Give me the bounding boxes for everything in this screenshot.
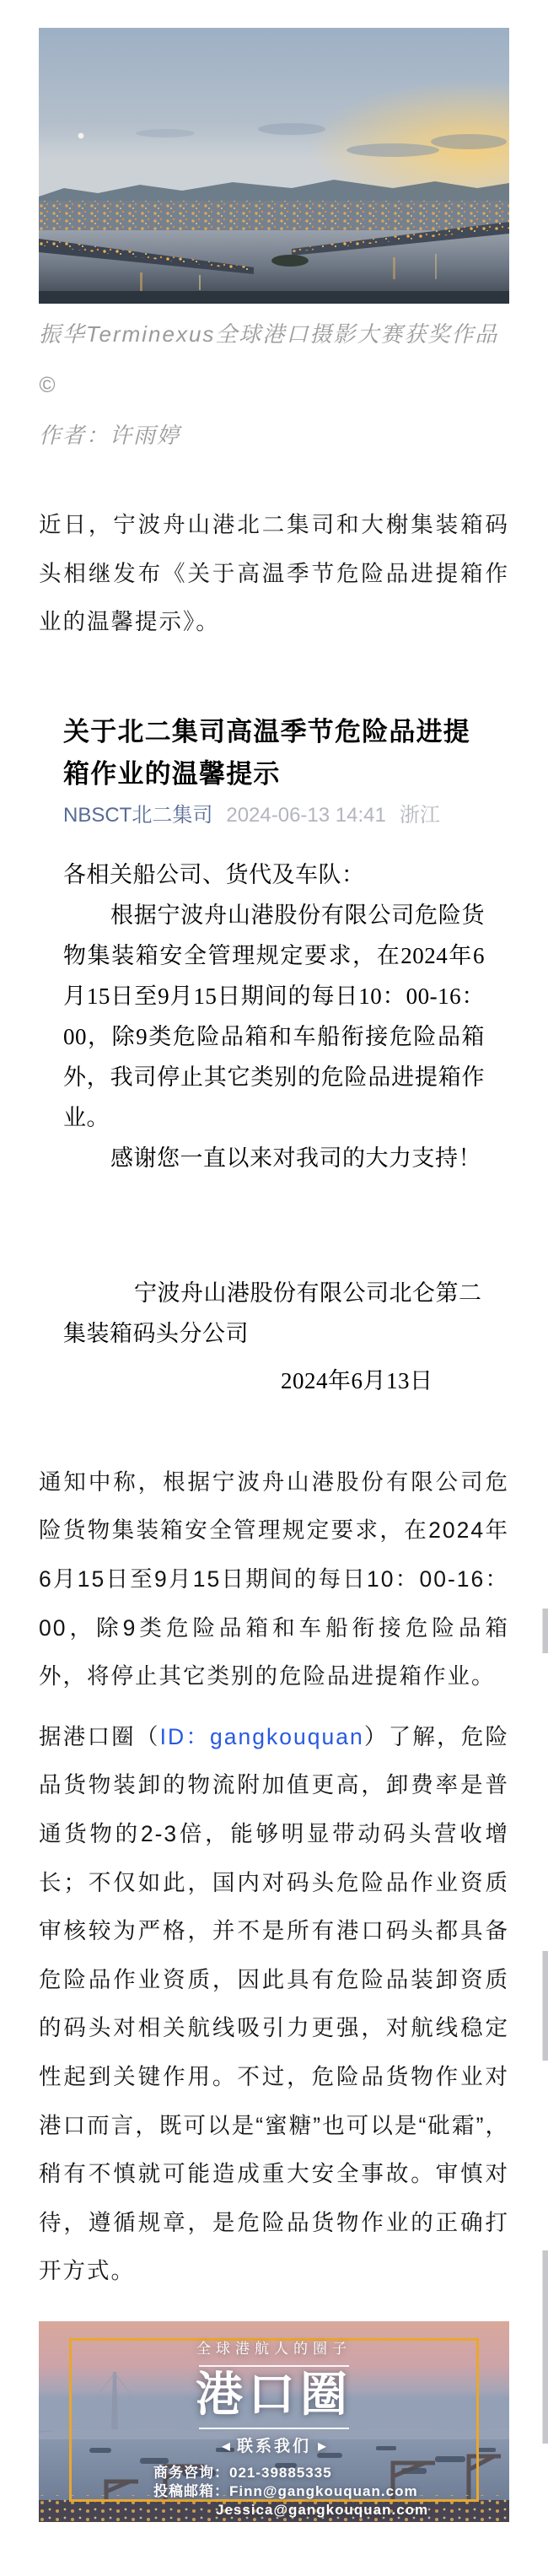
footer-email-2: Jessica@gangkouquan.com [153, 2501, 428, 2519]
footer-divider-bottom [199, 2428, 349, 2429]
gangkouquan-id-link[interactable]: ID：gangkouquan [160, 1724, 364, 1749]
footer-banner[interactable]: 全球港航人的圈子 港口圈 ◀ 联系我们 ▶ 商务咨询：021-39885335 … [39, 2321, 509, 2522]
scrollbar-thumb[interactable] [542, 1609, 548, 1653]
notice-paragraph-2: 感谢您一直以来对我司的大力支持！ [63, 1138, 485, 1178]
footer-brand-logo: 港口圈 [39, 2370, 509, 2421]
notice-body: 各相关船公司、货代及车队： 根据宁波舟山港股份有限公司危险货物集装箱安全管理规定… [63, 854, 485, 1401]
notice-location: 浙江 [400, 802, 440, 829]
footer-email-1: 投稿邮箱：Finn@gangkouquan.com [153, 2482, 428, 2501]
embedded-notice: 关于北二集司高温季节危险品进提箱作业的温馨提示 NBSCT北二集司 2024-0… [63, 711, 485, 1401]
notice-paragraph-1: 根据宁波舟山港股份有限公司危险货物集装箱安全管理规定要求，在2024年6月15日… [63, 895, 485, 1138]
photo-caption-line1: 振华Terminexus全球港口摄影大赛获奖作品© [39, 309, 509, 410]
notice-datetime: 2024-06-13 14:41 [226, 802, 386, 829]
scrollbar-thumb[interactable] [542, 2250, 548, 2444]
paragraph-analysis-after: ）了解，危险品货物装卸的物流附加值更高，卸费率是普通货物的2-3倍，能够明显带动… [39, 1724, 509, 2284]
footer-contact-label: 联系我们 [237, 2438, 311, 2455]
paragraph-summary: 通知中称，根据宁波舟山港股份有限公司危险货物集装箱安全管理规定要求，在2024年… [39, 1458, 509, 1701]
photo-caption: 振华Terminexus全球港口摄影大赛获奖作品© 作者：许雨婷 [39, 309, 509, 461]
paragraph-intro: 近日，宁波舟山港北二集司和大榭集装箱码头相继发布《关于高温季节危险品进提箱作业的… [39, 501, 509, 647]
footer-phone: 商务咨询：021-39885335 [153, 2464, 428, 2482]
paragraph-analysis: 据港口圈（ID：gangkouquan）了解，危险品货物装卸的物流附加值更高，卸… [39, 1713, 509, 2296]
footer-contact-nav: ◀ 联系我们 ▶ [39, 2437, 509, 2456]
hero-photo[interactable] [39, 28, 509, 304]
notice-date: 2024年6月13日 [63, 1361, 485, 1401]
footer-tagline: 全球港航人的圈子 [39, 2340, 509, 2358]
notice-signature: 宁波舟山港股份有限公司北仑第二 集装箱码头分公司 [63, 1273, 485, 1354]
notice-title: 关于北二集司高温季节危险品进提箱作业的温馨提示 [63, 711, 485, 795]
footer-contact-info: 商务咨询：021-39885335 投稿邮箱：Finn@gangkouquan.… [153, 2464, 428, 2519]
notice-meta: NBSCT北二集司 2024-06-13 14:41 浙江 [63, 802, 485, 829]
notice-signature-line2: 集装箱码头分公司 [63, 1313, 485, 1354]
footer-divider-top [199, 2365, 349, 2367]
notice-salutation: 各相关船公司、货代及车队： [63, 854, 485, 895]
scrollbar-thumb[interactable] [542, 1951, 548, 2061]
port-panorama-dusk-illustration [39, 28, 509, 304]
right-arrow-icon: ▶ [318, 2440, 325, 2452]
left-arrow-icon: ◀ [222, 2440, 229, 2452]
notice-signature-line1: 宁波舟山港股份有限公司北仑第二 [63, 1273, 485, 1313]
photo-caption-line2: 作者：许雨婷 [39, 410, 509, 461]
paragraph-analysis-before: 据港口圈（ [39, 1724, 160, 1749]
notice-account-link[interactable]: NBSCT北二集司 [63, 802, 212, 829]
